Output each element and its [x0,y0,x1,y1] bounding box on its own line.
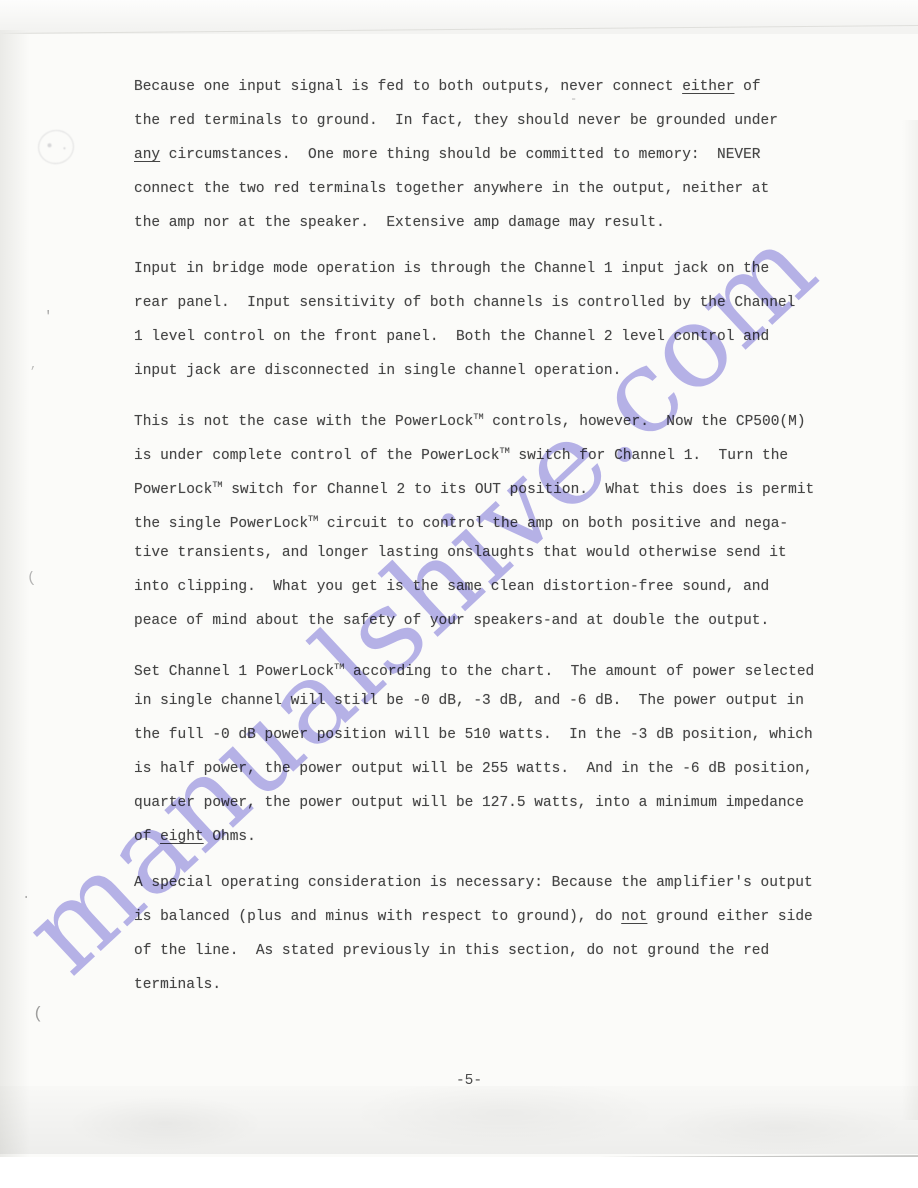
text-line: PowerLockTM switch for Channel 2 to its … [134,468,854,502]
paragraph-grounding-warning: Because one input signal is fed to both … [134,70,854,240]
text-line: This is not the case with the PowerLockT… [134,400,854,434]
text-line: A special operating consideration is nec… [134,866,854,900]
text-line: is balanced (plus and minus with respect… [134,900,854,934]
paragraph-powerlock-controls: This is not the case with the PowerLockT… [134,400,854,638]
text-line: in single channel will still be -0 dB, -… [134,684,854,718]
text-line: terminals. [134,968,854,1002]
text-line: quarter power, the power output will be … [134,786,854,820]
text-line: rear panel. Input sensitivity of both ch… [134,286,854,320]
text-line: tive transients, and longer lasting onsl… [134,536,854,570]
text-line: is half power, the power output will be … [134,752,854,786]
text-line: Input in bridge mode operation is throug… [134,252,854,286]
text-line: connect the two red terminals together a… [134,172,854,206]
smudge-stamp [35,127,77,168]
text-line: the amp nor at the speaker. Extensive am… [134,206,854,240]
text-line: Set Channel 1 PowerLockTM according to t… [134,650,854,684]
scan-artifact-mark: , [30,358,37,372]
text-line: 1 level control on the front panel. Both… [134,320,854,354]
text-line: is under complete control of the PowerLo… [134,434,854,468]
paragraph-bridge-mode-input: Input in bridge mode operation is throug… [134,252,854,388]
text-line: the red terminals to ground. In fact, th… [134,104,854,138]
scan-artifact-mark: ( [26,572,36,587]
scanned-page: ' - ( ( . , Because one input signal is … [0,0,918,1188]
scan-background [0,1157,918,1188]
text-line: any circumstances. One more thing should… [134,138,854,172]
text-line: the full -0 dB power position will be 51… [134,718,854,752]
text-line: the single PowerLockTM circuit to contro… [134,502,854,536]
text-line: Because one input signal is fed to both … [134,70,854,104]
text-line: of the line. As stated previously in thi… [134,934,854,968]
text-line: peace of mind about the safety of your s… [134,604,854,638]
paper-left-edge [0,30,30,1160]
text-line: of eight Ohms. [134,820,854,854]
scan-artifact-mark: ' [44,310,52,324]
scan-artifact-mark: ( [33,1008,43,1022]
page-number: -5- [134,1064,804,1098]
paper-right-edge [902,120,918,1120]
paragraph-special-consideration: A special operating consideration is nec… [134,866,854,1002]
text-line: into clipping. What you get is the same … [134,570,854,604]
paragraph-power-output-chart: Set Channel 1 PowerLockTM according to t… [134,650,854,854]
scan-artifact-mark: . [22,888,30,902]
text-line: input jack are disconnected in single ch… [134,354,854,388]
typewritten-text: Because one input signal is fed to both … [134,70,854,1014]
